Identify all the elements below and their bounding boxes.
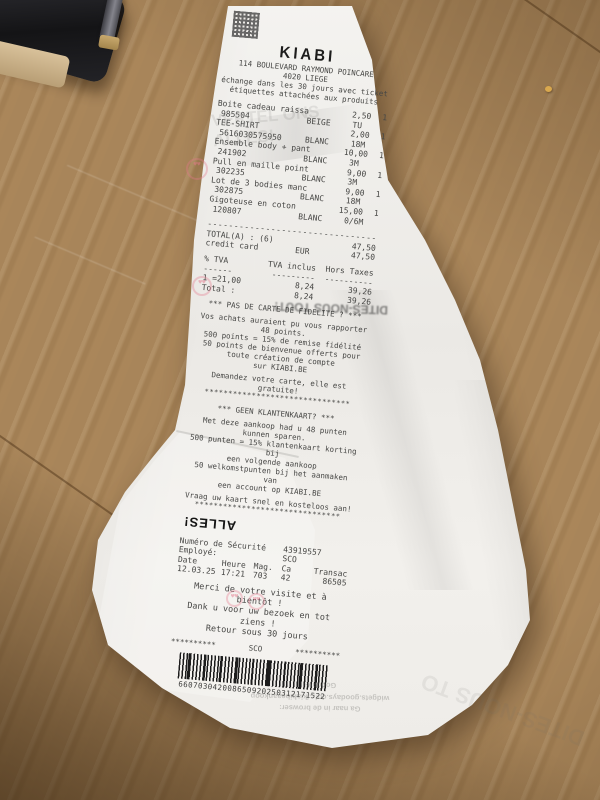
qr-code	[232, 11, 260, 39]
val-mag: 703	[252, 571, 281, 583]
paper-crease	[455, 380, 550, 650]
show-through-goodays: Ga naar in de browser: widgets.goodays.c…	[225, 678, 416, 715]
val-heure: 17:21	[220, 568, 253, 580]
stars-left: **********	[170, 637, 216, 650]
item-size: 0/6M	[344, 216, 379, 229]
heart-stamp: ♥♥	[186, 158, 208, 180]
receipt-header: KIABI 114 BOULEVARD RAYMOND POINCARE 402…	[219, 10, 396, 108]
heart-stamp: ♥♥	[192, 276, 212, 296]
sco-label: SCO	[248, 643, 262, 653]
loyalty-nl-section: *** GEEN KLANTENKAART? *** Met deze aank…	[183, 401, 362, 522]
flipped-promo-text: ALLES!	[183, 513, 237, 533]
heart-stamp: ♥♥	[226, 590, 243, 607]
heart-stamp: ♥♥	[248, 593, 265, 610]
stars-right: **********	[295, 647, 341, 660]
val-ca: 42	[280, 573, 301, 584]
transaction-info: Numéro de Sécurité43919557 Employé:SCO D…	[177, 536, 350, 589]
farewell-section: Merci de votre visite et à bientôt ! Dan…	[172, 580, 346, 646]
